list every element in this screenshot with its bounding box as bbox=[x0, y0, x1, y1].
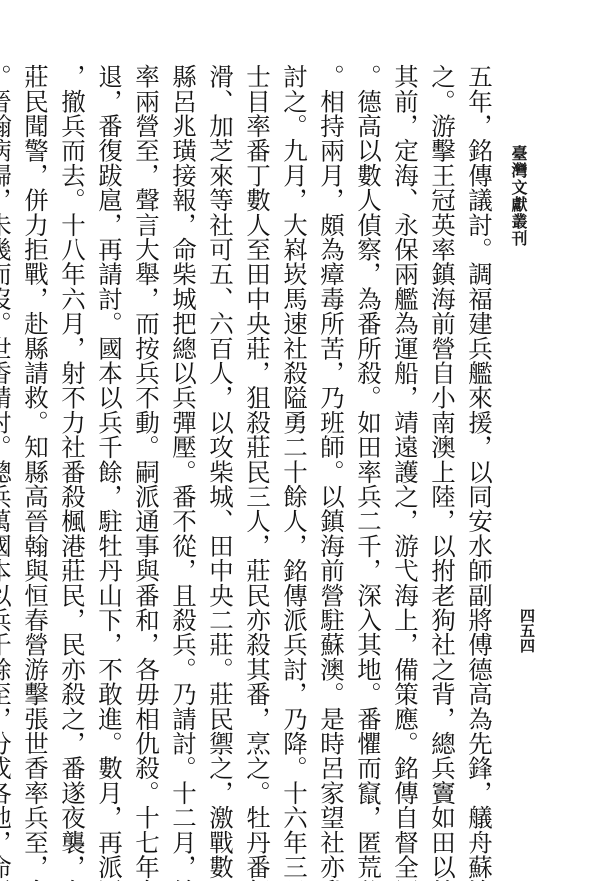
text-column: 縣呂兆璜接報，命柴城把總以兵彈壓。番不從，且殺兵。乃請討。十二月，總兵萬國本 bbox=[165, 64, 202, 854]
text-column: ，撤兵而去。十八年六月，射不力社番殺楓港莊民，民亦殺之，番遂夜襲，有眾千餘。 bbox=[54, 64, 91, 854]
text-column: 其前，定海、永保兩艦為運船，靖遠護之，游弋海上，備策應。銘傳自督全軍，駐蘇澳 bbox=[387, 64, 424, 854]
text-column: 。德高以數人偵察，為番所殺。如田率兵二千，深入其地。番懼而竄，匿荒谷，不敢出 bbox=[350, 64, 387, 854]
text-column: 討之。九月，大嵙崁馬速社殺隘勇二十餘人，銘傳派兵討，乃降。十六年三月，牡丹社 bbox=[276, 64, 313, 854]
text-column: 士目率番丁數人至田中央莊，狙殺莊民三人，莊民亦殺其番，烹之。牡丹番怒，合高士 bbox=[239, 64, 276, 854]
text-column: 。相持兩月，頗為瘴毒所苦，乃班師。以鎮海前營駐蘇澳。是時呂家望社亦亂，張兆連 bbox=[313, 64, 350, 854]
text-column: 莊民聞警，併力拒戰，赴縣請救。知縣高晉翰與恒春營游擊張世香率兵至，命和，不從 bbox=[17, 64, 54, 854]
document-page: 臺灣文獻叢刊 四五四 五年，銘傳議討。調福建兵艦來援，以同安水師副將傅德高為先鋒… bbox=[0, 0, 600, 881]
text-column: 滑、加芝來等社可五、六百人，以攻柴城、田中央二莊。莊民禦之，激戰數日。恒春知 bbox=[202, 64, 239, 854]
text-column: 五年，銘傳議討。調福建兵艦來援，以同安水師副將傅德高為先鋒，艤舟蘇澳，大軍繼 bbox=[461, 64, 498, 854]
text-column: 之。游擊王冠英率鎮海前營自小南澳上陸，以拊老狗社之背，總兵竇如田以銘字各營扼 bbox=[424, 64, 461, 854]
text-column: 。晉翰病歸，未幾而沒。世香請討。總兵萬國本以兵千餘至，分戍各地，命通事入山說 bbox=[0, 64, 17, 854]
series-title: 臺灣文獻叢刊 bbox=[507, 145, 530, 247]
text-column: 率兩營至，聲言大舉，而按兵不動。嗣派通事與番和，各毋相仇殺。十七年春正月，兵 bbox=[128, 64, 165, 854]
body-text: 五年，銘傳議討。調福建兵艦來援，以同安水師副將傅德高為先鋒，艤舟蘇澳，大軍繼 之… bbox=[0, 64, 498, 854]
text-column: 退，番復跋扈，再請討。國本以兵千餘，駐牡丹山下，不敢進。數月，再派通事申前約 bbox=[91, 64, 128, 854]
page-number: 四五四 bbox=[517, 608, 538, 653]
